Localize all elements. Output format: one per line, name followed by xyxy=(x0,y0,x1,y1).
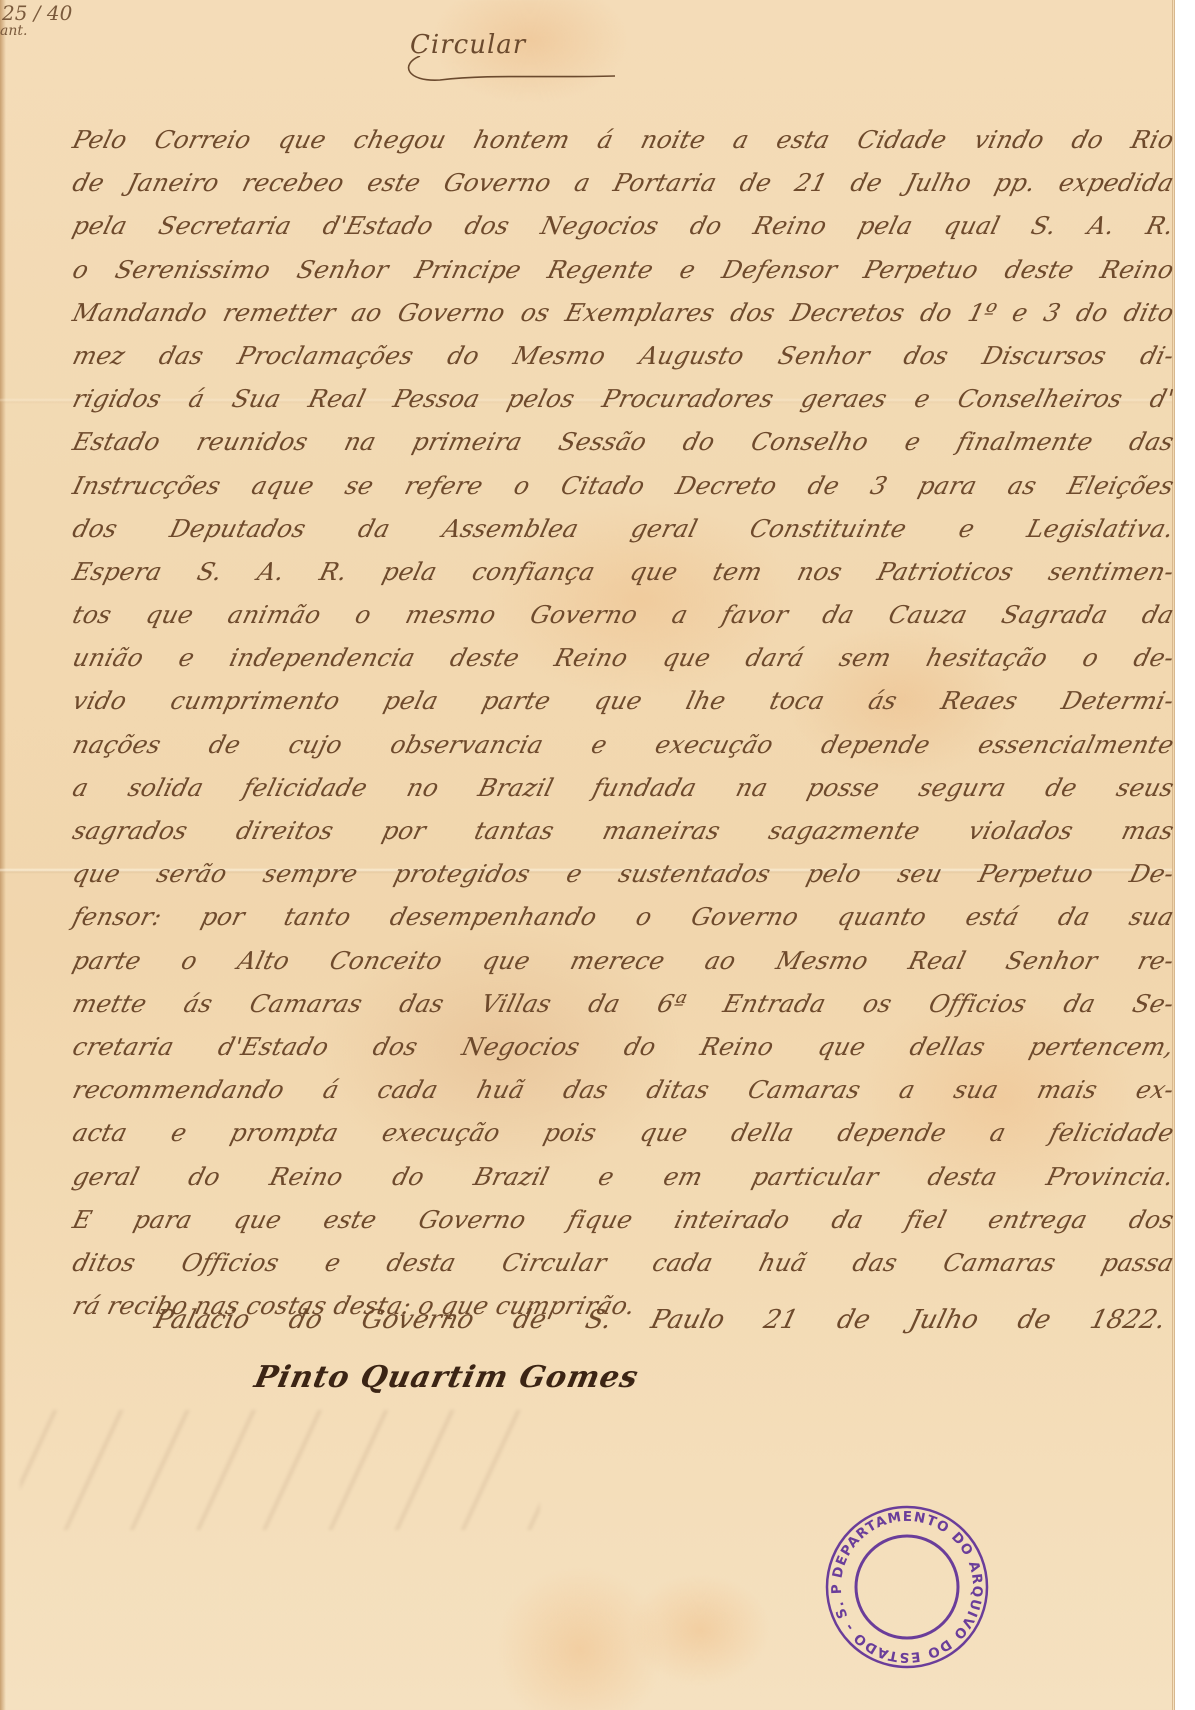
text-line: dos Deputados da Assemblea geral Constit… xyxy=(68,507,1179,550)
text-line: geral do Reino do Brazil e em particular… xyxy=(68,1155,1179,1198)
page-margin xyxy=(1175,0,1195,1710)
text-line: Instrucções aque se refere o Citado Decr… xyxy=(68,464,1179,507)
document-body: Pelo Correio que chegou hontem á noite a… xyxy=(68,118,1168,1327)
text-line: o Serenissimo Senhor Principe Regente e … xyxy=(68,248,1179,291)
text-line: acta e prompta execução pois que della d… xyxy=(68,1111,1179,1154)
text-line: Espera S. A. R. pela confiança que tem n… xyxy=(68,550,1179,593)
text-line: ditos Officios e desta Circular cada huã… xyxy=(68,1241,1179,1284)
text-line: mez das Proclamações do Mesmo Augusto Se… xyxy=(68,334,1179,377)
text-line: cretaria d'Estado dos Negocios do Reino … xyxy=(68,1025,1179,1068)
archive-stamp-icon: DEPARTAMENTO DO ARQUIVO DO ESTADO - S. P… xyxy=(822,1502,992,1672)
text-line: que serão sempre protegidos e sustentado… xyxy=(68,852,1179,895)
text-line: rigidos á Sua Real Pessoa pelos Procurad… xyxy=(68,377,1179,420)
signature: Pinto Quartim Gomes xyxy=(251,1360,642,1395)
text-line: sagrados direitos por tantas maneiras sa… xyxy=(68,809,1179,852)
text-line: vido cumprimento pela parte que lhe toca… xyxy=(68,679,1179,722)
ink-bleed-through xyxy=(20,1410,540,1530)
text-line: Mandando remetter ao Governo os Exemplar… xyxy=(68,291,1179,334)
manuscript-page: 25 / 40 ant. Circular Pelo Correio que c… xyxy=(0,0,1175,1710)
dateline: Palacio do Governo de S. Paulo 21 de Jul… xyxy=(151,1305,1168,1335)
text-line: nações de cujo observancia e execução de… xyxy=(68,723,1179,766)
text-line: Pelo Correio que chegou hontem á noite a… xyxy=(68,118,1179,161)
text-line: mette ás Camaras das Villas da 6ª Entrad… xyxy=(68,982,1179,1025)
text-line: a solida felicidade no Brazil fundada na… xyxy=(68,766,1179,809)
text-line: de Janeiro recebeo este Governo a Portar… xyxy=(68,161,1179,204)
text-line: tos que animão o mesmo Governo a favor d… xyxy=(68,593,1179,636)
text-line: parte o Alto Conceito que merece ao Mesm… xyxy=(68,939,1179,982)
text-line: Estado reunidos na primeira Sessão do Co… xyxy=(68,420,1179,463)
text-line: E para que este Governo fique inteirado … xyxy=(68,1198,1179,1241)
title-flourish-icon xyxy=(400,56,620,86)
text-line: união e independencia deste Reino que da… xyxy=(68,636,1179,679)
text-line: fensor: por tanto desempenhando o Govern… xyxy=(68,895,1179,938)
folio-mark: 25 / 40 ant. xyxy=(2,4,72,40)
text-line: recommendando á cada huã das ditas Camar… xyxy=(68,1068,1179,1111)
text-line: pela Secretaria d'Estado dos Negocios do… xyxy=(68,204,1179,247)
